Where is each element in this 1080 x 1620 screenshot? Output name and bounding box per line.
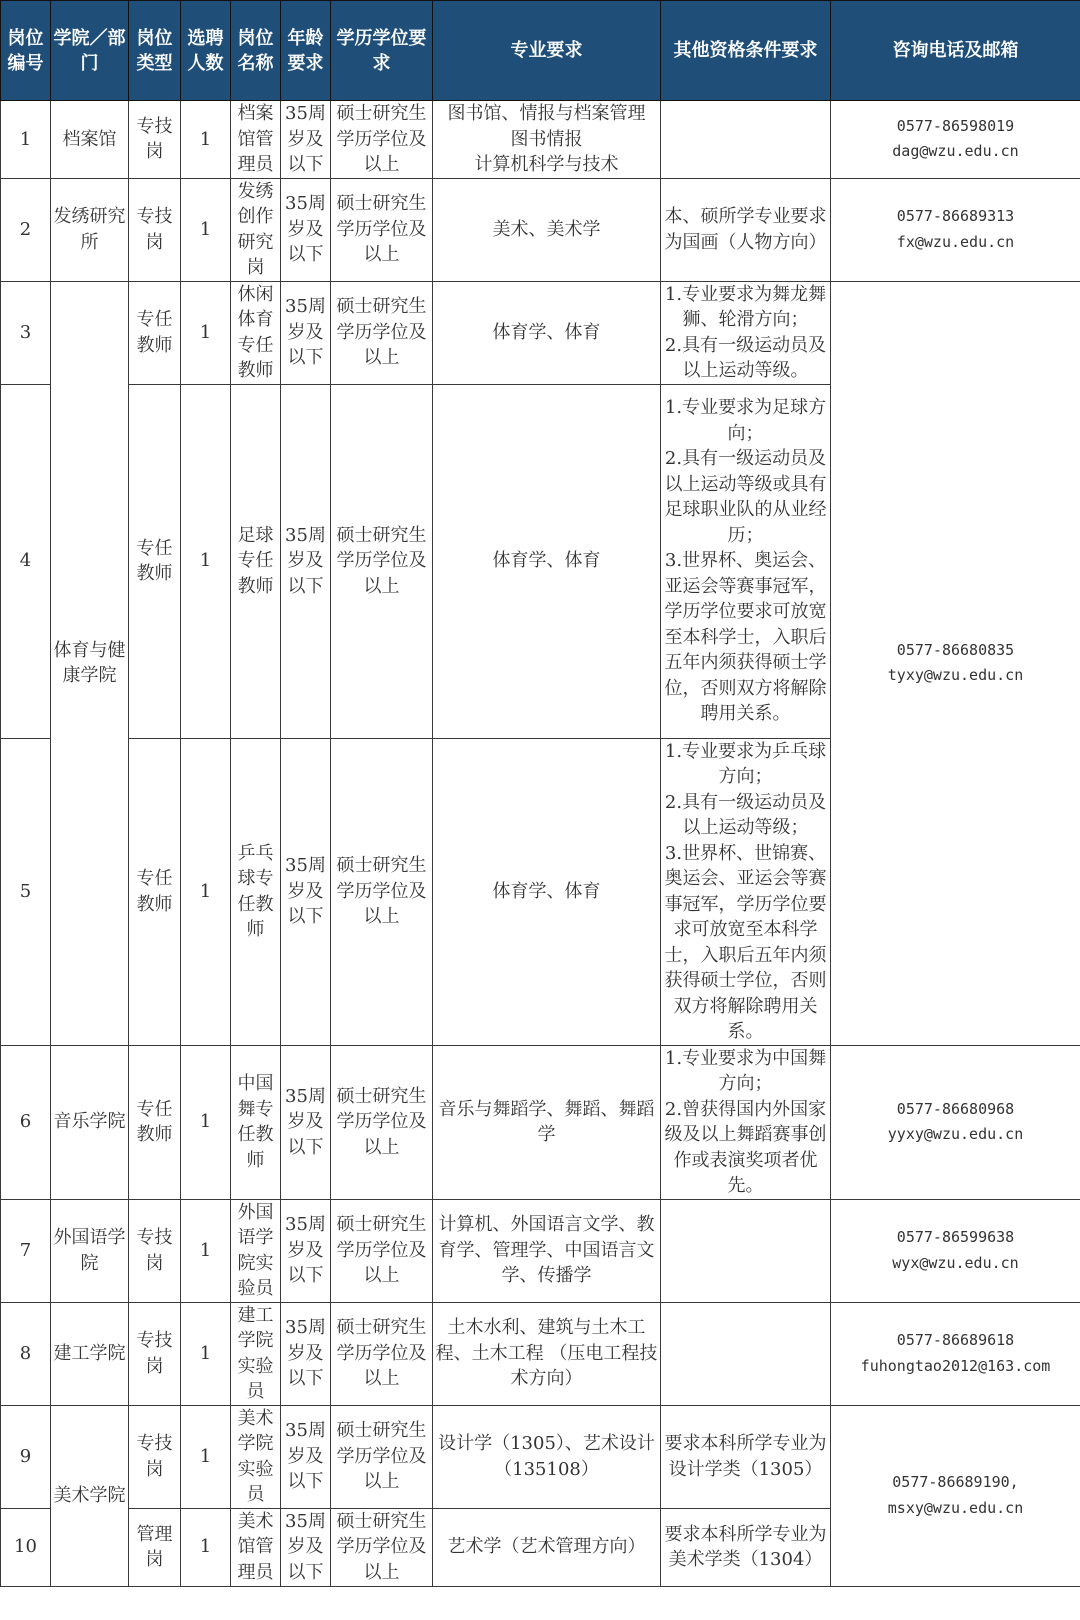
contact-email[interactable]: msxy@wzu.edu.cn [833, 1496, 1078, 1522]
cell-type: 专任教师 [129, 738, 181, 1045]
cell-other: 1.专业要求为乒乓球方向； 2.具有一级运动员及以上运动等级； 3.世界杯、世锦… [661, 738, 831, 1045]
cell-age: 35周岁及以下 [281, 1405, 331, 1508]
cell-contact: 0577-86689618 fuhongtao2012@163.com [831, 1302, 1080, 1405]
cell-other [661, 1302, 831, 1405]
table-row: 8 建工学院 专技岗 1 建工学院实验员 35周岁及以下 硕士研究生学历学位及以… [1, 1302, 1080, 1405]
cell-dept: 档案馆 [51, 101, 129, 179]
header-position-type: 岗位类型 [129, 1, 181, 101]
cell-id: 6 [1, 1045, 51, 1199]
cell-degree: 硕士研究生学历学位及以上 [331, 1405, 433, 1508]
cell-name: 中国舞专任教师 [231, 1045, 281, 1199]
cell-degree: 硕士研究生学历学位及以上 [331, 1199, 433, 1302]
cell-name: 外国语学院实验员 [231, 1199, 281, 1302]
cell-count: 1 [181, 738, 231, 1045]
cell-degree: 硕士研究生学历学位及以上 [331, 101, 433, 179]
cell-degree: 硕士研究生学历学位及以上 [331, 1302, 433, 1405]
cell-id: 3 [1, 281, 51, 384]
cell-age: 35周岁及以下 [281, 738, 331, 1045]
header-headcount: 选聘人数 [181, 1, 231, 101]
cell-contact: 0577-86598019 dag@wzu.edu.cn [831, 101, 1080, 179]
cell-age: 35周岁及以下 [281, 1508, 331, 1586]
recruitment-table: 岗位编号 学院／部门 岗位类型 选聘人数 岗位名称 年龄要求 学历学位要求 专业… [0, 0, 1080, 1587]
cell-name: 美术馆管理员 [231, 1508, 281, 1586]
cell-other: 本、硕所学专业要求为国画（人物方向） [661, 178, 831, 281]
contact-email[interactable]: fuhongtao2012@163.com [833, 1354, 1078, 1380]
cell-type: 专技岗 [129, 178, 181, 281]
cell-id: 9 [1, 1405, 51, 1508]
contact-phone: 0577-86689190, [833, 1470, 1078, 1496]
cell-major: 设计学（1305）、艺术设计（135108） [433, 1405, 661, 1508]
cell-dept: 发绣研究所 [51, 178, 129, 281]
cell-age: 35周岁及以下 [281, 101, 331, 179]
cell-count: 1 [181, 1045, 231, 1199]
header-department: 学院／部门 [51, 1, 129, 101]
cell-name: 发绣创作研究岗 [231, 178, 281, 281]
cell-id: 10 [1, 1508, 51, 1586]
cell-contact: 0577-86689313 fx@wzu.edu.cn [831, 178, 1080, 281]
cell-major: 体育学、体育 [433, 738, 661, 1045]
cell-contact: 0577-86599638 wyx@wzu.edu.cn [831, 1199, 1080, 1302]
cell-id: 5 [1, 738, 51, 1045]
cell-type: 专任教师 [129, 384, 181, 738]
cell-count: 1 [181, 281, 231, 384]
cell-dept: 体育与健康学院 [51, 281, 129, 1045]
contact-email[interactable]: yyxy@wzu.edu.cn [833, 1122, 1078, 1148]
cell-age: 35周岁及以下 [281, 1302, 331, 1405]
header-major: 专业要求 [433, 1, 661, 101]
cell-count: 1 [181, 1302, 231, 1405]
cell-id: 4 [1, 384, 51, 738]
contact-email[interactable]: wyx@wzu.edu.cn [833, 1251, 1078, 1277]
cell-degree: 硕士研究生学历学位及以上 [331, 1508, 433, 1586]
table-row: 2 发绣研究所 专技岗 1 发绣创作研究岗 35周岁及以下 硕士研究生学历学位及… [1, 178, 1080, 281]
cell-name: 休闲体育专任教师 [231, 281, 281, 384]
contact-phone: 0577-86680968 [833, 1097, 1078, 1123]
table-row: 6 音乐学院 专任教师 1 中国舞专任教师 35周岁及以下 硕士研究生学历学位及… [1, 1045, 1080, 1199]
cell-dept: 美术学院 [51, 1405, 129, 1586]
cell-age: 35周岁及以下 [281, 384, 331, 738]
contact-phone: 0577-86689618 [833, 1328, 1078, 1354]
header-age: 年龄要求 [281, 1, 331, 101]
table-row: 3 体育与健康学院 专任教师 1 休闲体育专任教师 35周岁及以下 硕士研究生学… [1, 281, 1080, 384]
table-row: 7 外国语学院 专技岗 1 外国语学院实验员 35周岁及以下 硕士研究生学历学位… [1, 1199, 1080, 1302]
cell-id: 1 [1, 101, 51, 179]
cell-other [661, 1199, 831, 1302]
cell-name: 乒乓球专任教师 [231, 738, 281, 1045]
cell-type: 专技岗 [129, 1405, 181, 1508]
cell-age: 35周岁及以下 [281, 1045, 331, 1199]
cell-contact: 0577-86689190, msxy@wzu.edu.cn [831, 1405, 1080, 1586]
contact-email[interactable]: fx@wzu.edu.cn [833, 230, 1078, 256]
cell-major: 体育学、体育 [433, 281, 661, 384]
cell-type: 专技岗 [129, 1199, 181, 1302]
cell-other: 1.专业要求为中国舞方向； 2.曾获得国内外国家级及以上舞蹈赛事创作或表演奖项者… [661, 1045, 831, 1199]
contact-phone: 0577-86680835 [833, 638, 1078, 664]
cell-age: 35周岁及以下 [281, 1199, 331, 1302]
cell-id: 2 [1, 178, 51, 281]
cell-major: 图书馆、情报与档案管理 图书情报 计算机科学与技术 [433, 101, 661, 179]
cell-count: 1 [181, 1199, 231, 1302]
contact-phone: 0577-86599638 [833, 1225, 1078, 1251]
header-position-id: 岗位编号 [1, 1, 51, 101]
table-row: 9 美术学院 专技岗 1 美术学院实验员 35周岁及以下 硕士研究生学历学位及以… [1, 1405, 1080, 1508]
cell-type: 专技岗 [129, 1302, 181, 1405]
cell-degree: 硕士研究生学历学位及以上 [331, 1045, 433, 1199]
cell-count: 1 [181, 178, 231, 281]
contact-email[interactable]: dag@wzu.edu.cn [833, 139, 1078, 165]
cell-major: 音乐与舞蹈学、舞蹈、舞蹈学 [433, 1045, 661, 1199]
cell-major: 计算机、外国语言文学、教育学、管理学、中国语言文学、传播学 [433, 1199, 661, 1302]
cell-degree: 硕士研究生学历学位及以上 [331, 384, 433, 738]
cell-other: 1.专业要求为足球方向； 2.具有一级运动员及以上运动等级或具有足球职业队的从业… [661, 384, 831, 738]
cell-other: 1.专业要求为舞龙舞狮、轮滑方向； 2.具有一级运动员及以上运动等级。 [661, 281, 831, 384]
contact-email[interactable]: tyxy@wzu.edu.cn [833, 663, 1078, 689]
cell-other: 要求本科所学专业为美术学类（1304） [661, 1508, 831, 1586]
cell-contact: 0577-86680835 tyxy@wzu.edu.cn [831, 281, 1080, 1045]
cell-dept: 外国语学院 [51, 1199, 129, 1302]
cell-dept: 音乐学院 [51, 1045, 129, 1199]
cell-major: 美术、美术学 [433, 178, 661, 281]
header-other-requirements: 其他资格条件要求 [661, 1, 831, 101]
cell-name: 足球专任教师 [231, 384, 281, 738]
cell-degree: 硕士研究生学历学位及以上 [331, 738, 433, 1045]
header-row: 岗位编号 学院／部门 岗位类型 选聘人数 岗位名称 年龄要求 学历学位要求 专业… [1, 1, 1080, 101]
contact-phone: 0577-86598019 [833, 114, 1078, 140]
cell-major: 体育学、体育 [433, 384, 661, 738]
cell-other [661, 101, 831, 179]
cell-count: 1 [181, 1508, 231, 1586]
cell-type: 专技岗 [129, 101, 181, 179]
cell-name: 美术学院实验员 [231, 1405, 281, 1508]
cell-type: 专任教师 [129, 281, 181, 384]
cell-contact: 0577-86680968 yyxy@wzu.edu.cn [831, 1045, 1080, 1199]
cell-id: 8 [1, 1302, 51, 1405]
cell-major: 艺术学（艺术管理方向） [433, 1508, 661, 1586]
header-position-name: 岗位名称 [231, 1, 281, 101]
header-contact: 咨询电话及邮箱 [831, 1, 1080, 101]
cell-type: 管理岗 [129, 1508, 181, 1586]
cell-count: 1 [181, 101, 231, 179]
cell-type: 专任教师 [129, 1045, 181, 1199]
cell-count: 1 [181, 1405, 231, 1508]
cell-age: 35周岁及以下 [281, 178, 331, 281]
cell-id: 7 [1, 1199, 51, 1302]
header-degree: 学历学位要求 [331, 1, 433, 101]
table-row: 1 档案馆 专技岗 1 档案馆管理员 35周岁及以下 硕士研究生学历学位及以上 … [1, 101, 1080, 179]
cell-degree: 硕士研究生学历学位及以上 [331, 178, 433, 281]
cell-other: 要求本科所学专业为设计学类（1305） [661, 1405, 831, 1508]
cell-dept: 建工学院 [51, 1302, 129, 1405]
cell-degree: 硕士研究生学历学位及以上 [331, 281, 433, 384]
cell-major: 土木水利、建筑与土木工程、土木工程 （压电工程技术方向） [433, 1302, 661, 1405]
cell-name: 建工学院实验员 [231, 1302, 281, 1405]
cell-count: 1 [181, 384, 231, 738]
cell-name: 档案馆管理员 [231, 101, 281, 179]
cell-age: 35周岁及以下 [281, 281, 331, 384]
contact-phone: 0577-86689313 [833, 204, 1078, 230]
